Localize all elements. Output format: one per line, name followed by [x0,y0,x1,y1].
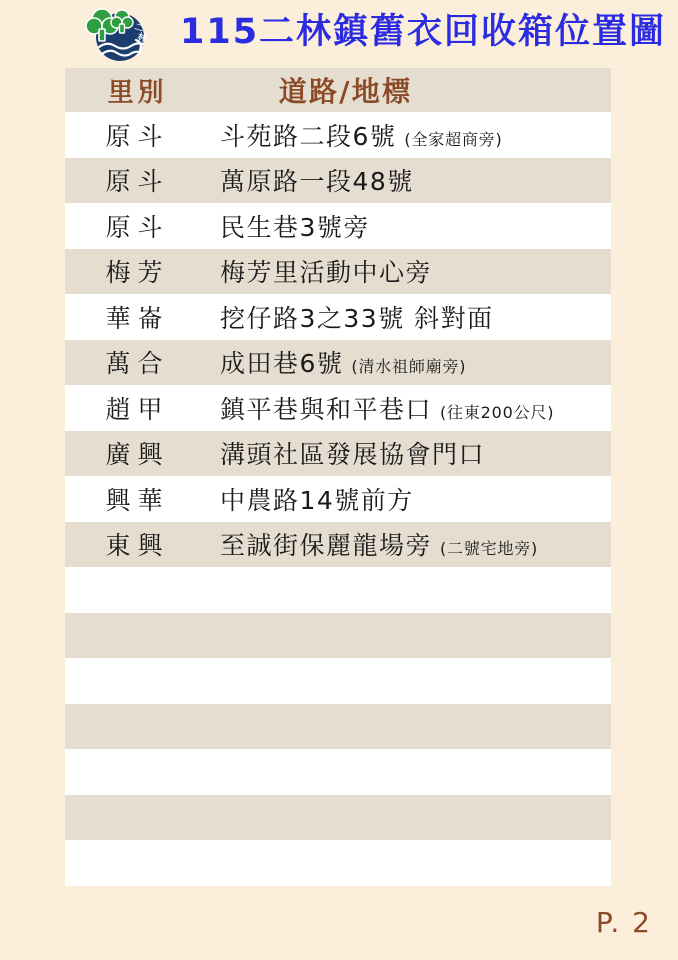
table-row-empty [65,567,611,613]
village-cell: 原斗 [65,117,210,153]
table-row: 萬合成田巷6號(清水祖師廟旁) [65,340,611,386]
table-row: 華崙挖仔路3之33號 斜對面 [65,294,611,340]
table-row: 梅芳梅芳里活動中心旁 [65,249,611,295]
location-cell: 民生巷3號旁 [210,208,611,244]
table-row-empty [65,749,611,795]
village-cell: 原斗 [65,208,210,244]
column-header-location: 道路/地標 [210,70,481,110]
table-row: 原斗斗苑路二段6號(全家超商旁) [65,112,611,158]
recycling-locations-table: 里別 道路/地標 原斗斗苑路二段6號(全家超商旁)原斗萬原路一段48號原斗民生巷… [65,68,611,886]
village-cell: 萬合 [65,344,210,380]
location-cell: 溝頭社區發展協會門口 [210,435,611,471]
location-text: 鎮平巷與和平巷口 [220,390,432,426]
location-text: 中農路14號前方 [220,481,414,517]
village-cell: 梅芳 [65,253,210,289]
table-row: 興華中農路14號前方 [65,476,611,522]
location-text: 至誠街保麗龍場旁 [220,526,432,562]
location-note: (往東200公尺) [440,400,554,423]
village-cell: 趙甲 [65,390,210,426]
village-cell: 東興 [65,526,210,562]
location-cell: 至誠街保麗龍場旁(二號宅地旁) [210,526,611,562]
document-page: 二 林 115二林鎮舊衣回收箱位置圖 里別 道路/地標 原斗斗苑路二段6號(全家… [0,0,678,960]
location-cell: 梅芳里活動中心旁 [210,253,611,289]
erlin-township-logo: 二 林 [84,6,154,62]
document-title: 115二林鎮舊衣回收箱位置圖 [180,8,666,56]
village-cell: 興華 [65,481,210,517]
location-cell: 成田巷6號(清水祖師廟旁) [210,344,611,380]
page-number: P. 2 [596,906,652,939]
location-text: 成田巷6號 [220,344,343,380]
table-row-empty [65,840,611,886]
township-logo-icon: 二 林 [84,6,154,62]
location-text: 溝頭社區發展協會門口 [220,435,485,471]
table-row: 東興至誠街保麗龍場旁(二號宅地旁) [65,522,611,568]
document-header: 二 林 115二林鎮舊衣回收箱位置圖 [0,0,678,68]
table-row-empty [65,658,611,704]
village-cell: 原斗 [65,162,210,198]
location-cell: 鎮平巷與和平巷口(往東200公尺) [210,390,611,426]
location-text: 民生巷3號旁 [220,208,370,244]
location-cell: 萬原路一段48號 [210,162,611,198]
village-cell: 華崙 [65,299,210,335]
village-cell: 廣興 [65,435,210,471]
table-row: 原斗萬原路一段48號 [65,158,611,204]
table-row-empty [65,613,611,659]
table-header-row: 里別 道路/地標 [65,68,611,112]
table-row: 原斗民生巷3號旁 [65,203,611,249]
table-row: 趙甲鎮平巷與和平巷口(往東200公尺) [65,385,611,431]
table-row: 廣興溝頭社區發展協會門口 [65,431,611,477]
location-text: 梅芳里活動中心旁 [220,253,432,289]
location-cell: 中農路14號前方 [210,481,611,517]
location-note: (清水祖師廟旁) [351,354,466,377]
location-text: 萬原路一段48號 [220,162,414,198]
table-row-empty [65,704,611,750]
location-note: (二號宅地旁) [440,536,538,559]
location-note: (全家超商旁) [404,127,502,150]
location-text: 挖仔路3之33號 斜對面 [220,299,494,335]
location-cell: 斗苑路二段6號(全家超商旁) [210,117,611,153]
location-cell: 挖仔路3之33號 斜對面 [210,299,611,335]
location-text: 斗苑路二段6號 [220,117,396,153]
table-body: 原斗斗苑路二段6號(全家超商旁)原斗萬原路一段48號原斗民生巷3號旁梅芳梅芳里活… [65,112,611,886]
column-header-village: 里別 [65,72,210,109]
table-row-empty [65,795,611,841]
